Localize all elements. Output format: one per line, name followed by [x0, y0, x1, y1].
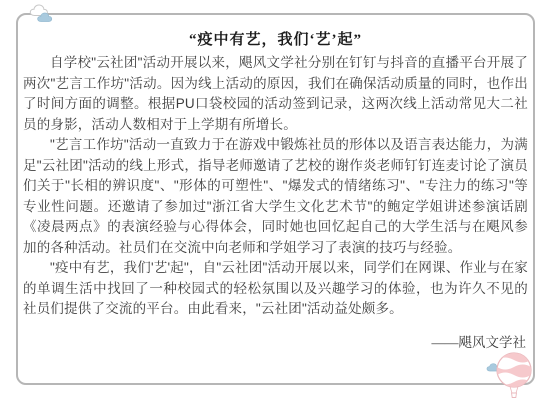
hot-air-balloon-icon	[484, 349, 536, 403]
document-frame: “疫中有艺，我们‘艺’起” 自学校"云社团"活动开展以来，飓风文学社分别在钉钉与…	[16, 13, 535, 385]
document-content: “疫中有艺，我们‘艺’起” 自学校"云社团"活动开展以来，飓风文学社分别在钉钉与…	[23, 30, 528, 353]
paragraph-2: "艺言工作坊"活动一直致力于在游戏中锻炼社员的形体以及语言表达能力，为满足"云社…	[23, 135, 528, 258]
signature: ——飓风文学社	[23, 333, 528, 354]
clouds-icon	[26, 2, 64, 26]
page-title: “疫中有艺，我们‘艺’起”	[23, 30, 528, 50]
paragraph-3: "疫中有艺，我们'艺'起"，自"云社团"活动开展以来，同学们在网课、作业与在家的…	[23, 258, 528, 320]
paragraph-1: 自学校"云社团"活动开展以来，飓风文学社分别在钉钉与抖音的直播平台开展了两次"艺…	[23, 53, 528, 135]
